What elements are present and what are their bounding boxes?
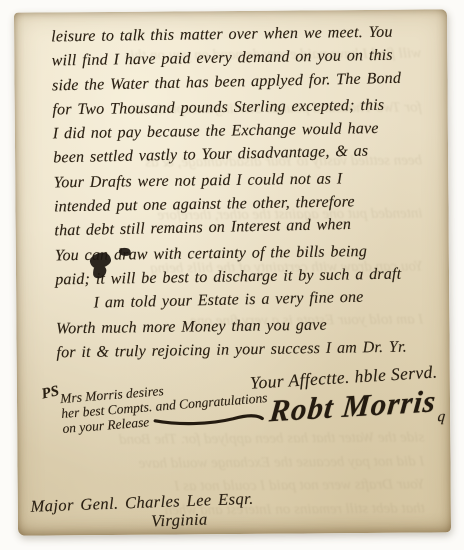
letter-line: Your Drafts were not paid I could not as…: [54, 166, 442, 196]
letter-line: Worth much more Money than you gave: [56, 312, 444, 342]
document-background: will find I have paid every demand on yo…: [0, 0, 464, 550]
ghost-line: I did not pay because the Exchange would…: [139, 453, 425, 472]
letter-line: You can draw with certainty of the bills…: [55, 239, 443, 269]
address-block: Major Genl. Charles Lee Esqr. Virginia: [30, 489, 254, 536]
signature-paraph: q: [437, 409, 447, 426]
address-location: Virginia: [151, 508, 255, 532]
letter-paper: will find I have paid every demand on yo…: [14, 9, 451, 535]
postscript: PS Mrs Morris desires her best Compts. a…: [46, 375, 270, 438]
letter-body: leisure to talk this matter over when we…: [51, 19, 445, 366]
postscript-mark: PS: [40, 384, 60, 402]
